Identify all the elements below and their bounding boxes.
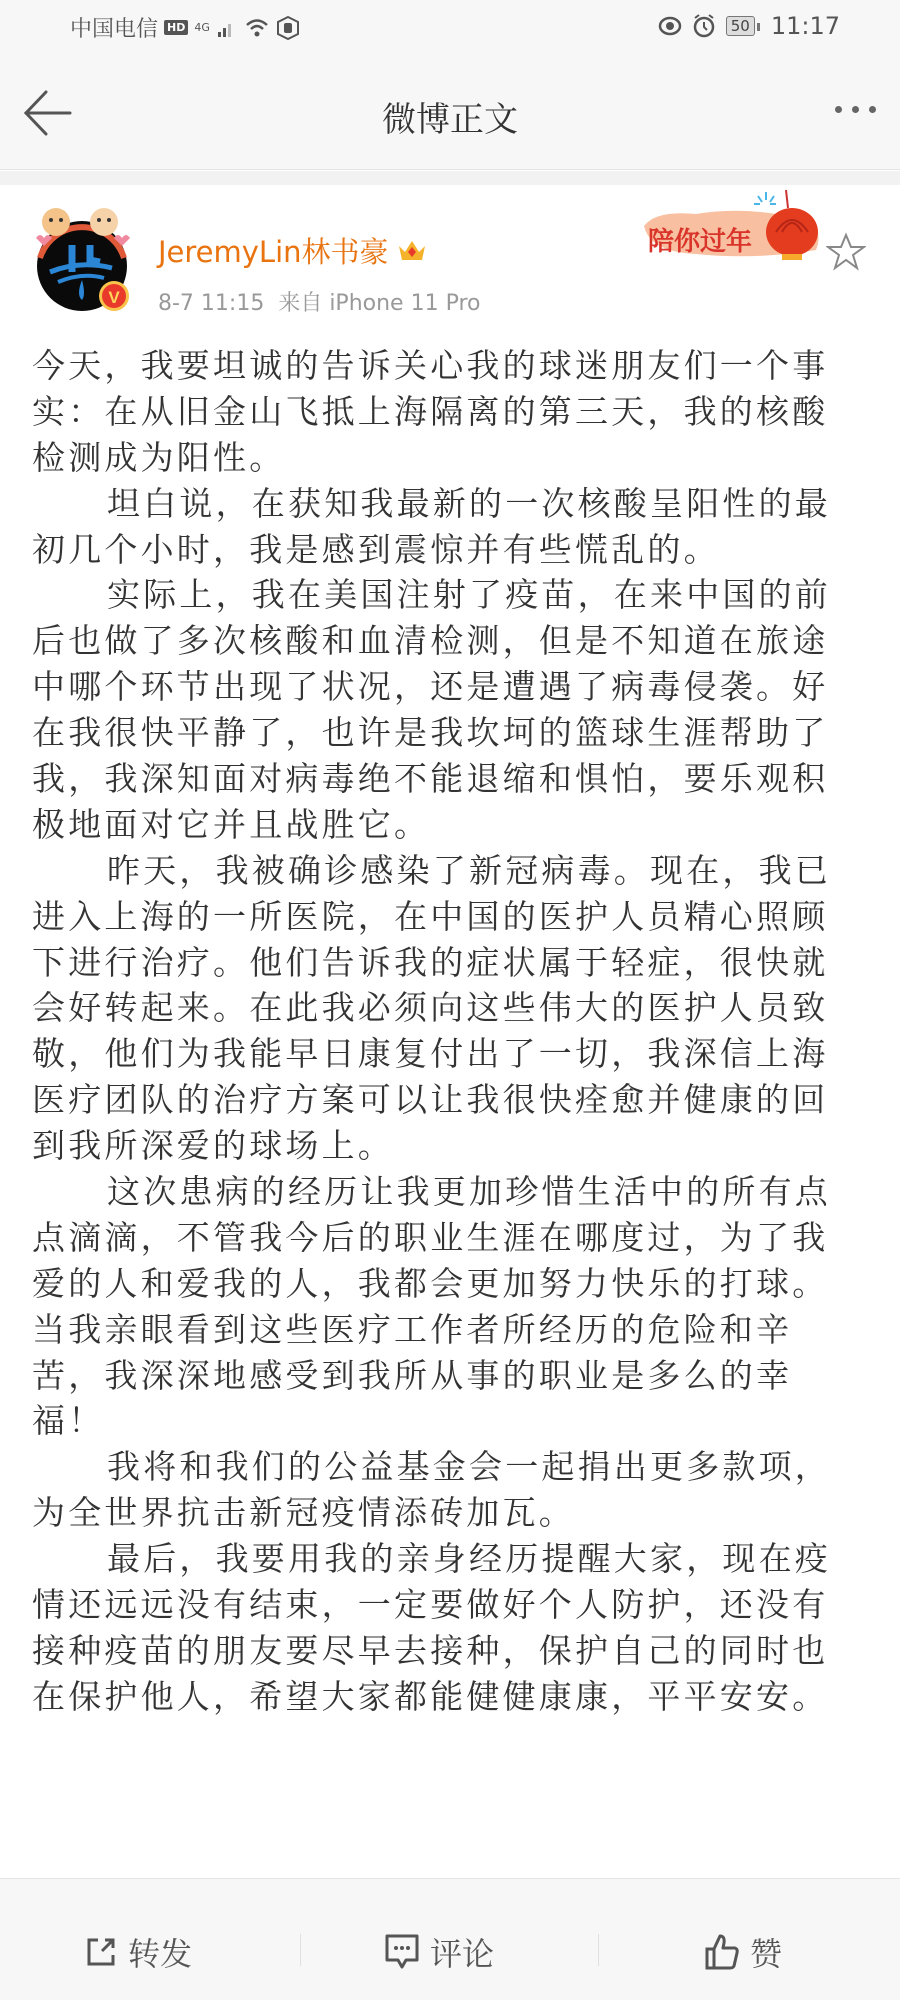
svg-text:V: V bbox=[108, 288, 120, 307]
post-text-line: 检测成为阳性。 bbox=[32, 435, 872, 481]
post-text-line: 这次患病的经历让我更加珍惜生活中的所有点 bbox=[32, 1169, 872, 1215]
wifi-icon bbox=[244, 17, 270, 39]
action-bar: 转发 评论 赞 bbox=[0, 1878, 900, 2000]
repost-icon bbox=[84, 1935, 118, 1969]
post-text-line: 在我很快平静了，也许是我坎坷的篮球生涯帮助了 bbox=[32, 710, 872, 756]
divider bbox=[300, 1934, 301, 1966]
status-bar: 中国电信 HD 4G 50 11:17 bbox=[0, 0, 900, 60]
post-text-line: 接种疫苗的朋友要尽早去接种，保护自己的同时也 bbox=[32, 1628, 872, 1674]
post-text-line: 坦白说，在获知我最新的一次核酸呈阳性的最 bbox=[32, 481, 872, 527]
more-dot bbox=[869, 106, 876, 113]
clock: 11:17 bbox=[771, 12, 840, 40]
divider bbox=[598, 1934, 599, 1966]
post-text-line: 我，我深知面对病毒绝不能退缩和惧怕，要乐观积 bbox=[32, 756, 872, 802]
post-text-line: 极地面对它并且战胜它。 bbox=[32, 802, 872, 848]
post-meta: 8-7 11:15 来自 iPhone 11 Pro bbox=[158, 286, 480, 317]
network-type: 4G bbox=[194, 21, 210, 34]
battery-indicator: 50 bbox=[726, 16, 755, 36]
post-text-line: 中哪个环节出现了状况，还是遭遇了病毒侵袭。好 bbox=[32, 664, 872, 710]
post-text-line: 下进行治疗。他们告诉我的症状属于轻症，很快就 bbox=[32, 940, 872, 986]
post-text-line: 为全世界抗击新冠疫情添砖加瓦。 bbox=[32, 1490, 872, 1536]
more-dot bbox=[852, 106, 859, 113]
like-label: 赞 bbox=[750, 1929, 782, 1975]
post-text-line: 实：在从旧金山飞抵上海隔离的第三天，我的核酸 bbox=[32, 389, 872, 435]
post-text-line: 敬，他们为我能早日康复付出了一切，我深信上海 bbox=[32, 1031, 872, 1077]
alarm-icon bbox=[692, 13, 716, 39]
hand-shield-icon bbox=[276, 16, 300, 40]
post-text-line: 今天，我要坦诚的告诉关心我的球迷朋友们一个事 bbox=[32, 343, 872, 389]
carrier-name: 中国电信 bbox=[70, 12, 158, 43]
nav-bar: 微博正文 bbox=[0, 60, 900, 170]
post-text-line: 当我亲眼看到这些医疗工作者所经历的危险和辛 bbox=[32, 1307, 872, 1353]
svg-text:陪你过年: 陪你过年 bbox=[648, 226, 752, 257]
comment-label: 评论 bbox=[430, 1929, 494, 1975]
post-text-line: 点滴滴，不管我今后的职业生涯在哪度过，为了我 bbox=[32, 1215, 872, 1261]
signal-icon bbox=[216, 17, 238, 39]
post-body: 今天，我要坦诚的告诉关心我的球迷朋友们一个事实：在从旧金山飞抵上海隔离的第三天，… bbox=[32, 343, 872, 1720]
like-button[interactable]: 赞 bbox=[704, 1929, 782, 1975]
post-text-line: 苦，我深深地感受到我所从事的职业是多么的幸 bbox=[32, 1353, 872, 1399]
post-text-line: 昨天，我被确诊感染了新冠病毒。现在，我已 bbox=[32, 848, 872, 894]
post-source: 来自 iPhone 11 Pro bbox=[278, 291, 480, 316]
favorite-star-icon[interactable] bbox=[826, 232, 866, 272]
post-text-line: 到我所深爱的球场上。 bbox=[32, 1123, 872, 1169]
timestamp: 8-7 11:15 bbox=[158, 291, 264, 316]
post-text-line: 医疗团队的治疗方案可以让我很快痊愈并健康的回 bbox=[32, 1077, 872, 1123]
eye-icon bbox=[658, 14, 682, 38]
comment-button[interactable]: 评论 bbox=[384, 1929, 494, 1975]
repost-button[interactable]: 转发 bbox=[84, 1929, 192, 1975]
post-text-line: 实际上，我在美国注射了疫苗，在来中国的前 bbox=[32, 572, 872, 618]
post-text-line: 我将和我们的公益基金会一起捐出更多款项， bbox=[32, 1444, 872, 1490]
repost-label: 转发 bbox=[128, 1929, 192, 1975]
section-divider bbox=[0, 171, 900, 185]
post-text-line: 进入上海的一所医院，在中国的医护人员精心照顾 bbox=[32, 894, 872, 940]
page-title: 微博正文 bbox=[0, 92, 900, 141]
post-text-line: 在保护他人，希望大家都能健健康康，平平安安。 bbox=[32, 1674, 872, 1720]
new-year-badge[interactable]: 陪你过年 bbox=[636, 188, 836, 268]
post-text-line: 情还远远没有结束，一定要做好个人防护，还没有 bbox=[32, 1582, 872, 1628]
post-text-line: 初几个小时，我是感到震惊并有些慌乱的。 bbox=[32, 527, 872, 573]
post-text-line: 福！ bbox=[32, 1398, 872, 1444]
post-text-line: 最后，我要用我的亲身经历提醒大家，现在疫 bbox=[32, 1536, 872, 1582]
avatar[interactable]: V bbox=[30, 200, 134, 315]
username[interactable]: JeremyLin林书豪 bbox=[158, 230, 427, 271]
post-text-line: 后也做了多次核酸和血清检测，但是不知道在旅途 bbox=[32, 618, 872, 664]
comment-icon bbox=[384, 1933, 420, 1971]
crown-icon bbox=[397, 238, 427, 264]
post-text-line: 会好转起来。在此我必须向这些伟大的医护人员致 bbox=[32, 985, 872, 1031]
more-dots-icon bbox=[835, 106, 842, 113]
username-text[interactable]: JeremyLin林书豪 bbox=[158, 230, 389, 271]
more-button[interactable] bbox=[835, 106, 876, 113]
post-text-line: 爱的人和爱我的人，我都会更加努力快乐的打球。 bbox=[32, 1261, 872, 1307]
hd-badge: HD bbox=[164, 20, 188, 35]
thumbs-up-icon bbox=[704, 1933, 740, 1971]
